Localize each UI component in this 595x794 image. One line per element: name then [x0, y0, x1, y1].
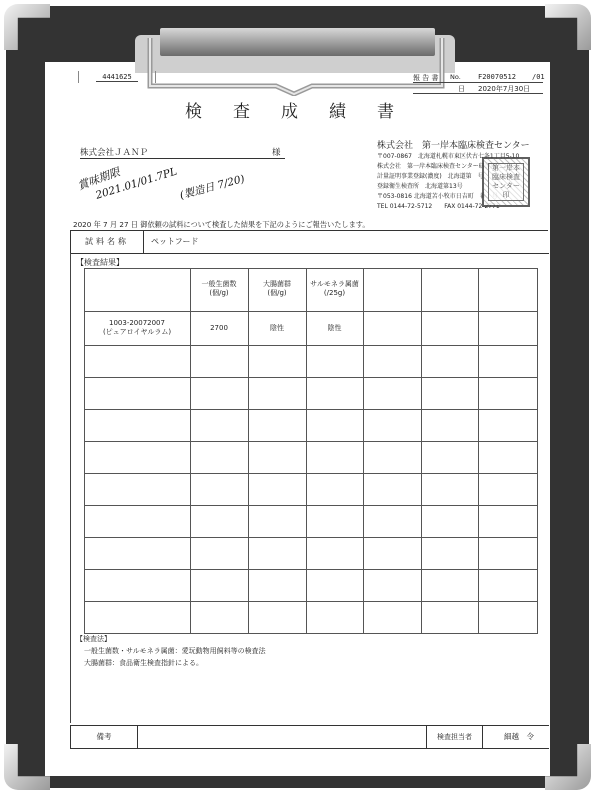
inspector-name: 細越 令: [489, 726, 549, 748]
intro-sentence: 2020 年 7 月 27 日 御依頼の試料について検査した結果を下記のようにご…: [73, 220, 370, 230]
page-title: 検査成績書: [185, 97, 425, 122]
results-table: 一般生菌数 (個/g)大腸菌群 (個/g)サルモネラ属菌 (/25g)1003-…: [84, 268, 537, 634]
table-column-divider: [421, 268, 422, 634]
table-row-divider: [84, 601, 537, 602]
footer-table: 備考 検査担当者 細越 令: [70, 725, 549, 749]
table-column-divider: [478, 268, 479, 634]
table-cell: 陰性: [306, 324, 363, 333]
table-row-divider: [84, 569, 537, 570]
table-row-divider: [84, 633, 537, 634]
divider: [80, 158, 285, 159]
report-date: 2020年7月30日: [478, 84, 530, 94]
report-number-label: 報 告 書: [413, 73, 438, 83]
report-number: F20070512: [478, 73, 516, 81]
laboratory-registration: 登録衛生検査所 北海道第13号: [377, 181, 463, 190]
seal-stamp-icon: 第一岸本臨床検査センター印: [482, 157, 530, 207]
results-section-label: 【検査結果】: [76, 257, 124, 268]
table-column-divider: [190, 268, 191, 634]
client-honorific: 様: [272, 146, 281, 158]
table-column-divider: [248, 268, 249, 634]
table-row-divider: [84, 441, 537, 442]
table-row-divider: [84, 268, 537, 269]
table-row-divider: [84, 311, 537, 312]
control-id: 4441625: [78, 71, 156, 83]
laboratory-name: 株式会社 第一岸本臨床検査センター: [377, 138, 530, 151]
table-row-divider: [84, 377, 537, 378]
table-cell-sample: 1003-20072007 (ピュアロイヤルラム): [84, 319, 190, 337]
table-row-divider: [84, 409, 537, 410]
report-date-label: 日: [458, 84, 465, 94]
laboratory-registration: 計量証明事業登録(濃度) 北海道第 号: [377, 171, 484, 180]
laboratory-address: 〒053-0816 北海道苫小牧市日吉町 番 号: [377, 191, 498, 200]
method-line: 一般生菌数・サルモネラ属菌：愛玩動物用飼料等の検査法: [84, 646, 266, 656]
table-column-header: 一般生菌数 (個/g): [190, 280, 248, 298]
table-cell: 陰性: [248, 324, 306, 333]
table-column-divider: [363, 268, 364, 634]
report-number-suffix: /01: [532, 73, 545, 81]
table-column-header: サルモネラ属菌 (/25g): [306, 280, 363, 298]
table-row-divider: [84, 537, 537, 538]
inspector-label: 検査担当者: [426, 726, 483, 748]
sample-name-row: 試料名称 ペットフード: [70, 231, 549, 254]
remarks-label: 備考: [71, 726, 138, 748]
table-column-divider: [306, 268, 307, 634]
client-name: 株式会社ＪＡＮＰ: [80, 146, 148, 158]
table-row-divider: [84, 345, 537, 346]
table-row-divider: [84, 505, 537, 506]
table-column-divider: [537, 268, 538, 634]
sample-name-value: ペットフード: [151, 231, 199, 253]
table-column-header: 大腸菌群 (個/g): [248, 280, 306, 298]
table-row-divider: [84, 473, 537, 474]
report-no-label: No.: [450, 73, 461, 81]
methods-title: 【検査法】: [76, 634, 111, 644]
table-cell: 2700: [190, 324, 248, 333]
frame-border: [70, 253, 71, 723]
clipboard: 4441625 報 告 書 No. F20070512 /01 日 2020年7…: [0, 0, 595, 794]
method-line: 大腸菌群：食品衛生検査指針による。: [84, 658, 203, 668]
seal-stamp-text: 第一岸本臨床検査センター印: [488, 163, 524, 201]
sample-name-label: 試料名称: [71, 231, 144, 253]
laboratory-branch: 株式会社 第一岸本臨床検査センター研究所: [377, 161, 497, 170]
clip-bar: [160, 28, 435, 56]
